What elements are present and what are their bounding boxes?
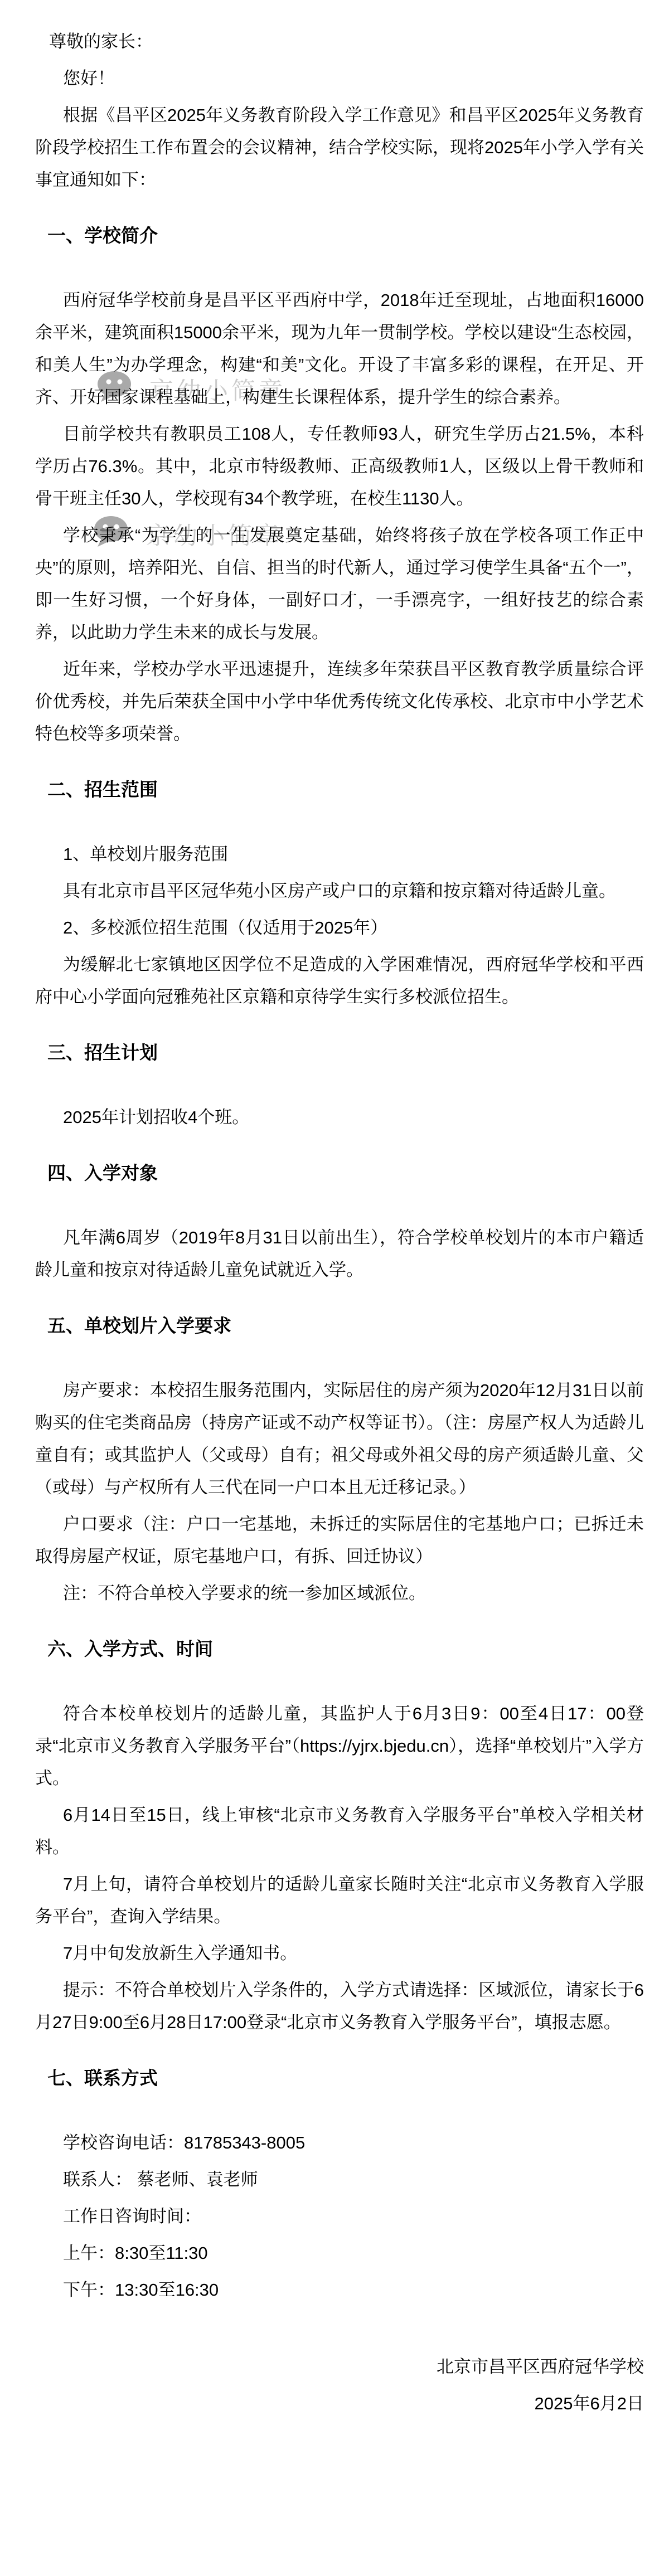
section-6-paragraph: 7月中旬发放新生入学通知书。 [35, 1937, 644, 1970]
signature-school: 北京市昌平区西府冠华学校 [35, 2351, 644, 2383]
section-5-paragraph: 注：不符合单校入学要求的统一参加区域派位。 [35, 1577, 644, 1610]
section-5-paragraph: 房产要求：本校招生服务范围内，实际居住的房产须为2020年12月31日以前购买的… [35, 1374, 644, 1504]
section-6-paragraph: 提示：不符合单校划片入学条件的，入学方式请选择：区域派位，请家长于6月27日9:… [35, 1974, 644, 2039]
section-2-paragraph: 具有北京市昌平区冠华苑小区房产或户口的京籍和按京籍对待适龄儿童。 [35, 875, 644, 907]
section-6-heading: 六、入学方式、时间 [35, 1633, 644, 1665]
section-1-heading: 一、学校简介 [35, 220, 644, 252]
section-2-paragraph: 1、单校划片服务范围 [35, 838, 644, 871]
contact-person-line: 联系人： 蔡老师、袁老师 [35, 2164, 644, 2196]
section-5-paragraph: 户口要求（注：户口一宅基地，未拆迁的实际居住的宅基地户口；已拆迁未取得房屋产权证… [35, 1508, 644, 1573]
contact-phone-line: 学校咨询电话：81785343-8005 [35, 2127, 644, 2159]
section-6-paragraph: 7月上旬，请符合单校划片的适龄儿童家长随时关注“北京市义务教育入学服务平台”，查… [35, 1868, 644, 1933]
section-2-paragraph: 为缓解北七家镇地区因学位不足造成的入学困难情况，西府冠华学校和平西府中心小学面向… [35, 949, 644, 1013]
contact-hours-label: 工作日咨询时间： [35, 2200, 644, 2233]
section-1-paragraph: 近年来，学校办学水平迅速提升，连续多年荣获昌平区教育教学质量综合评价优秀校，并先… [35, 653, 644, 750]
greeting-line: 尊敬的家长： [35, 26, 644, 58]
salutation-line: 您好！ [35, 62, 644, 95]
contact-hours-afternoon: 下午：13:30至16:30 [35, 2274, 644, 2306]
section-3-paragraph: 2025年计划招收4个班。 [35, 1101, 644, 1134]
section-3-heading: 三、招生计划 [35, 1037, 644, 1069]
contact-hours-morning: 上午：8:30至11:30 [35, 2237, 644, 2269]
enrollment-notice-document: 京幼小简章 京幼小简章 尊敬的家长： 您好！ 根据《昌平区2025年义务教育阶段… [0, 0, 669, 2576]
section-6-paragraph: 6月14日至15日，线上审核“北京市义务教育入学服务平台”单校入学相关材料。 [35, 1799, 644, 1864]
section-5-heading: 五、单校划片入学要求 [35, 1310, 644, 1342]
document-body: 尊敬的家长： 您好！ 根据《昌平区2025年义务教育阶段入学工作意见》和昌平区2… [0, 0, 669, 2442]
signature-date: 2025年6月2日 [35, 2388, 644, 2420]
section-1-paragraph: 西府冠华学校前身是昌平区平西府中学，2018年迁至现址，占地面积16000余平米… [35, 284, 644, 414]
section-1-paragraph: 目前学校共有教职员工108人，专任教师93人，研究生学历占21.5%，本科学历占… [35, 418, 644, 515]
section-4-paragraph: 凡年满6周岁（2019年8月31日以前出生），符合学校单校划片的本市户籍适龄儿童… [35, 1222, 644, 1286]
section-2-paragraph: 2、多校派位招生范围（仅适用于2025年） [35, 912, 644, 944]
section-6-paragraph: 符合本校单校划片的适龄儿童，其监护人于6月3日9：00至4日17：00登录“北京… [35, 1698, 644, 1795]
intro-paragraph: 根据《昌平区2025年义务教育阶段入学工作意见》和昌平区2025年义务教育阶段学… [35, 99, 644, 196]
section-1-paragraph: 学校秉承“为学生的一生发展奠定基础，始终将孩子放在学校各项工作正中央”的原则，培… [35, 519, 644, 649]
section-7-heading: 七、联系方式 [35, 2062, 644, 2094]
section-4-heading: 四、入学对象 [35, 1157, 644, 1189]
section-2-heading: 二、招生范围 [35, 774, 644, 806]
